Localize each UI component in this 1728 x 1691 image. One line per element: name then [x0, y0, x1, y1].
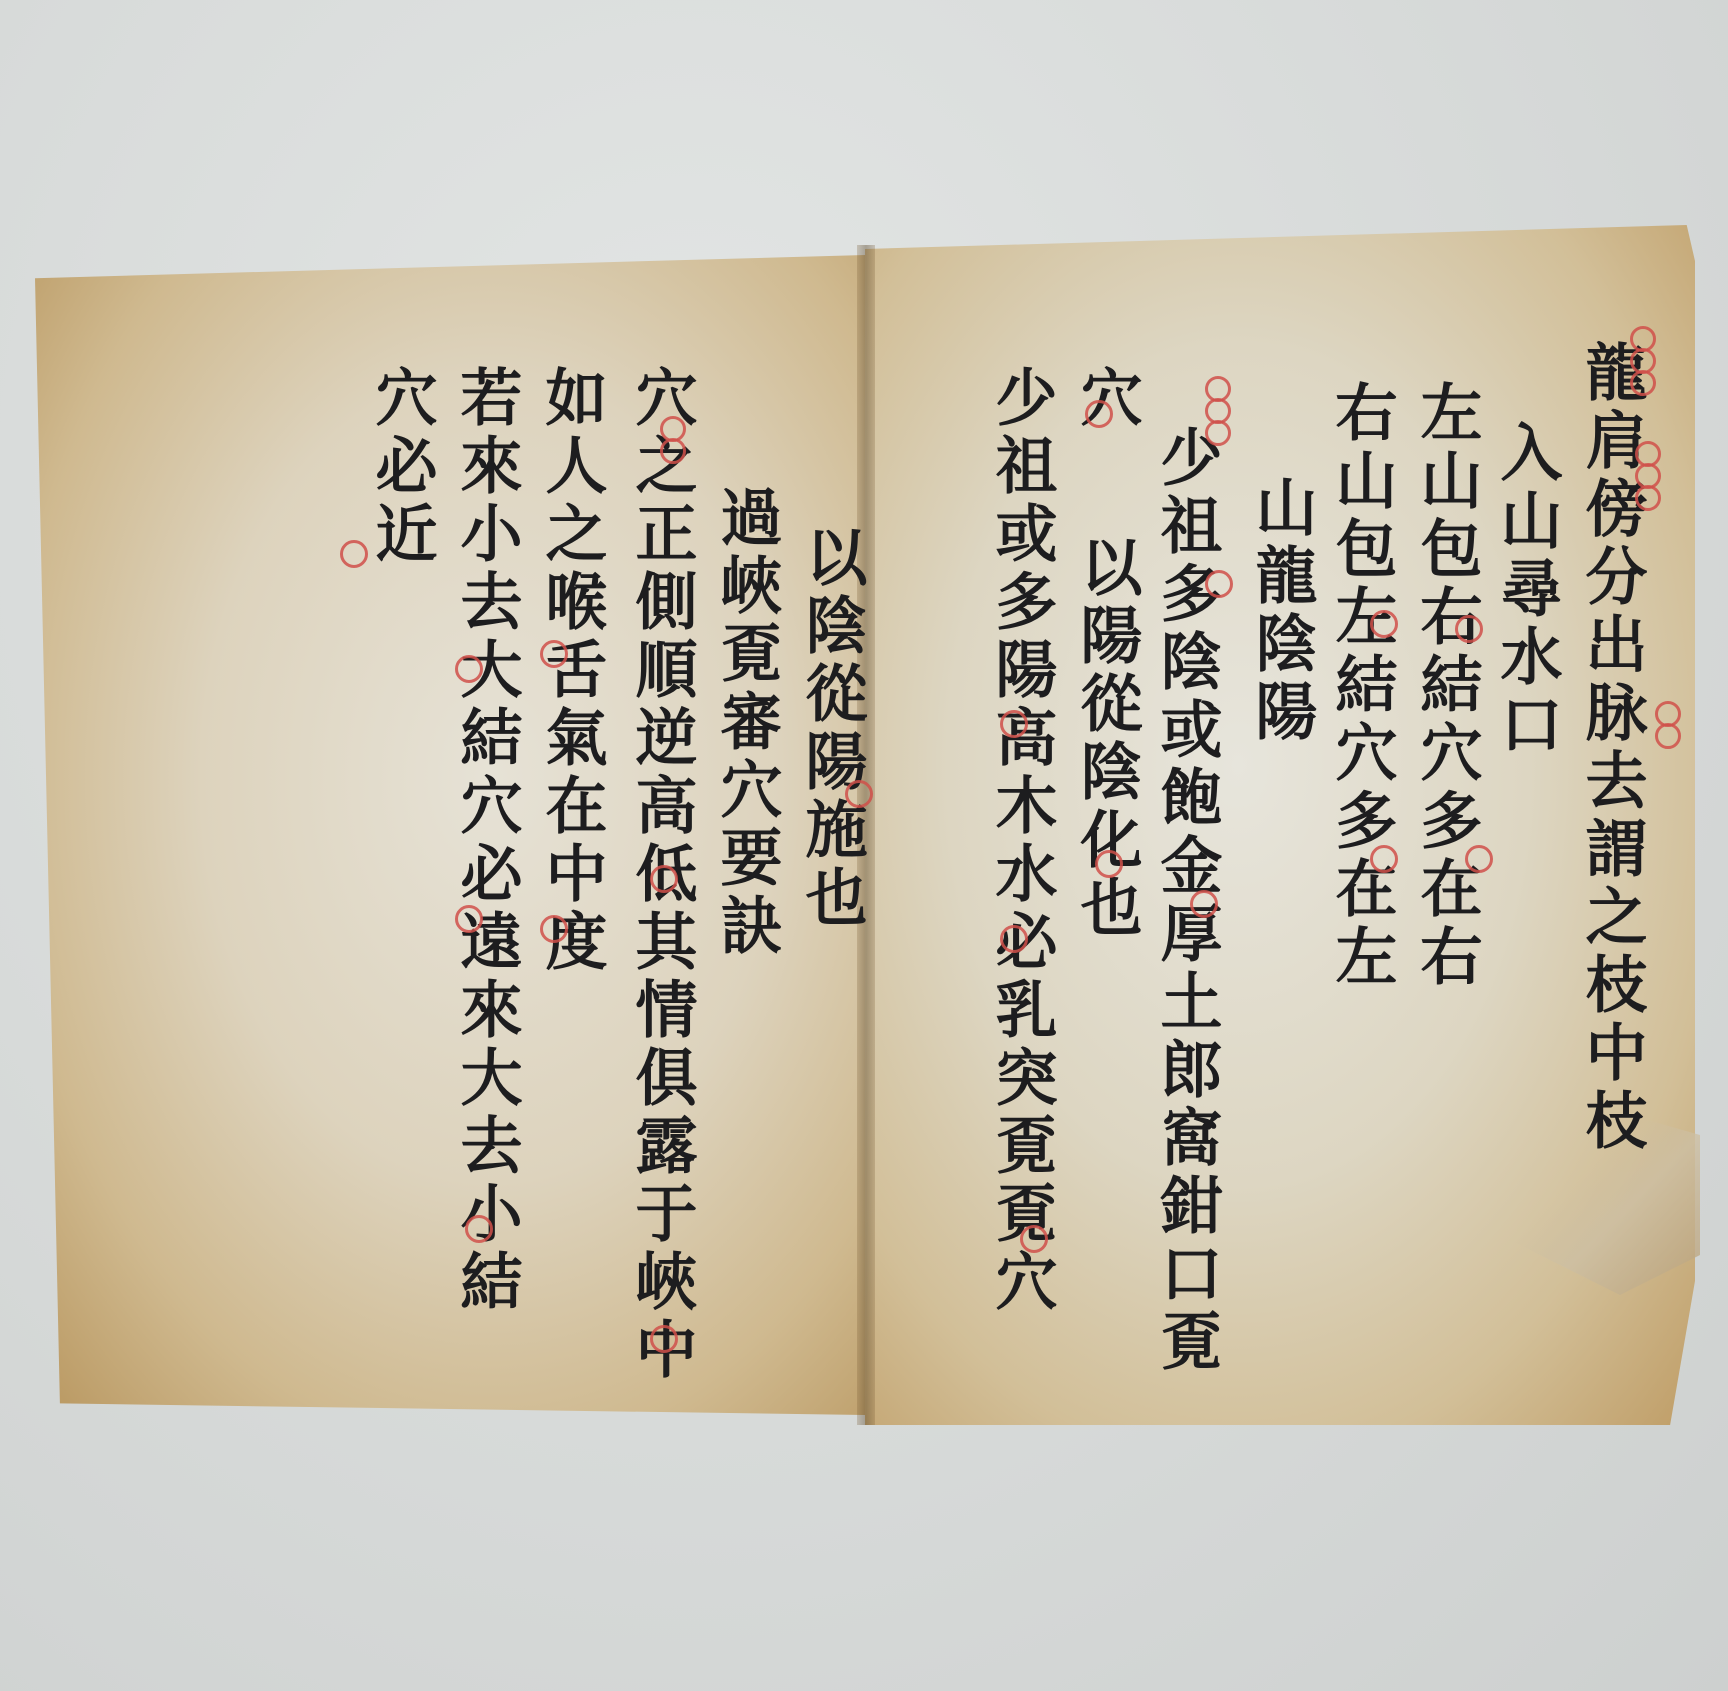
red-circle-marker — [1095, 850, 1123, 878]
open-manuscript: 龍肩傍分出脉去謂之枝中枝 入山尋水口 左山包右結穴多在右 右山包左結穴多在左 山… — [35, 225, 1700, 1435]
red-circle-marker — [1000, 925, 1028, 953]
red-marker-stack — [1205, 380, 1231, 446]
red-circle-marker — [455, 655, 483, 683]
column-right-2: 入山尋水口 — [1495, 420, 1557, 760]
red-circle-marker — [1020, 1225, 1048, 1253]
column-left-2: 過峽覔審穴要訣 — [715, 485, 777, 961]
red-marker-stack — [660, 420, 686, 464]
red-circle-marker — [540, 915, 568, 943]
column-right-1: 龍肩傍分出脉去謂之枝中枝 — [1580, 340, 1642, 1156]
red-circle-marker — [465, 1215, 493, 1243]
red-circle-marker — [1205, 570, 1233, 598]
column-right-5: 山龍陰陽 — [1250, 475, 1312, 747]
column-right-8: 以陽從陰化也 — [1075, 535, 1137, 943]
red-circle-marker — [650, 865, 678, 893]
column-right-3: 左山包右結穴多在右 — [1415, 380, 1477, 992]
red-circle-marker — [540, 640, 568, 668]
red-circle-marker — [455, 905, 483, 933]
column-left-1: 以陰從陽施也 — [800, 525, 862, 933]
red-circle-marker — [1085, 400, 1113, 428]
red-circle-marker — [1455, 615, 1483, 643]
red-circle-marker — [845, 780, 873, 808]
bleed-through-text — [185, 375, 262, 1275]
red-circle-marker — [1190, 890, 1218, 918]
red-marker-stack — [1630, 330, 1656, 396]
red-circle-marker — [650, 1325, 678, 1353]
red-marker-stack — [1635, 445, 1661, 511]
column-left-5: 若來小去大結穴必遠來大去小結 — [455, 365, 517, 1317]
red-circle-marker — [1465, 845, 1493, 873]
red-circle-marker — [340, 540, 368, 568]
red-circle-marker — [1370, 610, 1398, 638]
column-right-4: 右山包左結穴多在左 — [1330, 380, 1392, 992]
column-left-6: 穴必近 — [370, 365, 432, 569]
column-right-9: 少祖或多陽高木水必乳突覔覔穴 — [990, 365, 1052, 1317]
red-circle-marker — [1000, 710, 1028, 738]
red-marker-stack — [1655, 705, 1681, 749]
column-left-4: 如人之喉舌氣在中度 — [540, 365, 602, 977]
red-circle-marker — [1370, 845, 1398, 873]
